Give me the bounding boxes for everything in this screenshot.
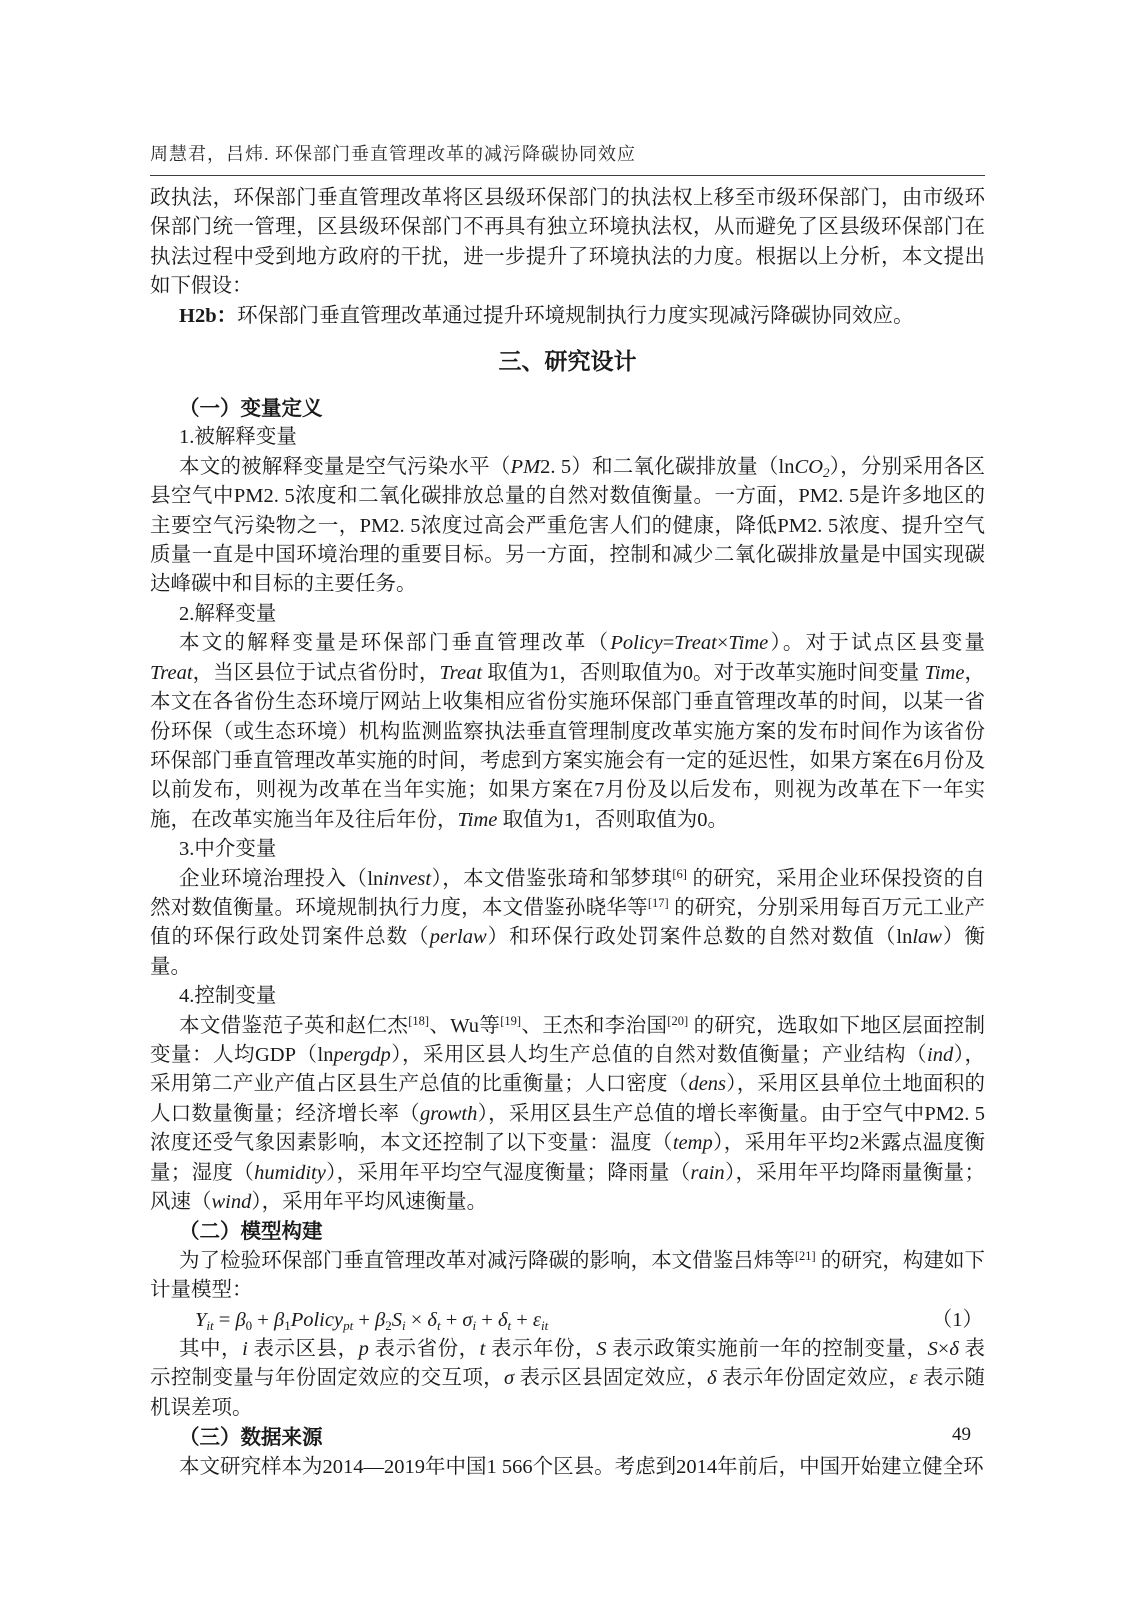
equation-number: （1） <box>932 1306 985 1335</box>
para-control-variable: 本文借鉴范子英和赵仁杰[18]、Wu等[19]、王杰和李治国[20] 的研究，选… <box>150 1012 985 1218</box>
item-dependent-variable: 1.被解释变量 <box>150 423 985 452</box>
item-control-variable: 4.控制变量 <box>150 982 985 1011</box>
item-explanatory-variable: 2.解释变量 <box>150 600 985 629</box>
content-blocks: 政执法，环保部门垂直管理改革将区县级环保部门的执法权上移至市级环保部门，由市级环… <box>150 184 985 1482</box>
page-number: 49 <box>150 1424 985 1446</box>
item-mediating-variable: 3.中介变量 <box>150 835 985 864</box>
para-model-intro: 为了检验环保部门垂直管理改革对减污降碳的影响，本文借鉴吕炜等[21] 的研究，构… <box>150 1247 985 1306</box>
para-explanatory-variable: 本文的解释变量是环保部门垂直管理改革（Policy=Treat×Time）。对于… <box>150 629 985 835</box>
equation-body: Yit = β0 + β1Policypt + β2Si × δt + σi +… <box>150 1306 548 1335</box>
subsection-model: （二）模型构建 <box>150 1217 985 1246</box>
para-mediating-variable: 企业环境治理投入（lninvest），本文借鉴张琦和邹梦琪[6] 的研究，采用企… <box>150 865 985 983</box>
subsection-variable-definition: （一）变量定义 <box>150 394 985 423</box>
para-continued: 政执法，环保部门垂直管理改革将区县级环保部门的执法权上移至市级环保部门，由市级环… <box>150 184 985 302</box>
para-model-notes: 其中，i 表示区县，p 表示省份，t 表示年份，S 表示政策实施前一年的控制变量… <box>150 1335 985 1423</box>
equation-1: Yit = β0 + β1Policypt + β2Si × δt + σi +… <box>150 1306 985 1335</box>
hypothesis-h2b: H2b：环保部门垂直管理改革通过提升环境规制执行力度实现减污降碳协同效应。 <box>150 302 985 331</box>
paper-page: 周慧君，吕炜. 环保部门垂直管理改革的减污降碳协同效应 政执法，环保部门垂直管理… <box>0 0 1140 1600</box>
para-dependent-variable: 本文的被解释变量是空气污染水平（PM2. 5）和二氧化碳排放量（lnCO2），分… <box>150 453 985 600</box>
para-data-source: 本文研究样本为2014—2019年中国1 566个区县。考虑到2014年前后，中… <box>150 1453 985 1482</box>
running-header: 周慧君，吕炜. 环保部门垂直管理改革的减污降碳协同效应 <box>150 140 985 176</box>
section-title: 三、研究设计 <box>150 346 985 376</box>
